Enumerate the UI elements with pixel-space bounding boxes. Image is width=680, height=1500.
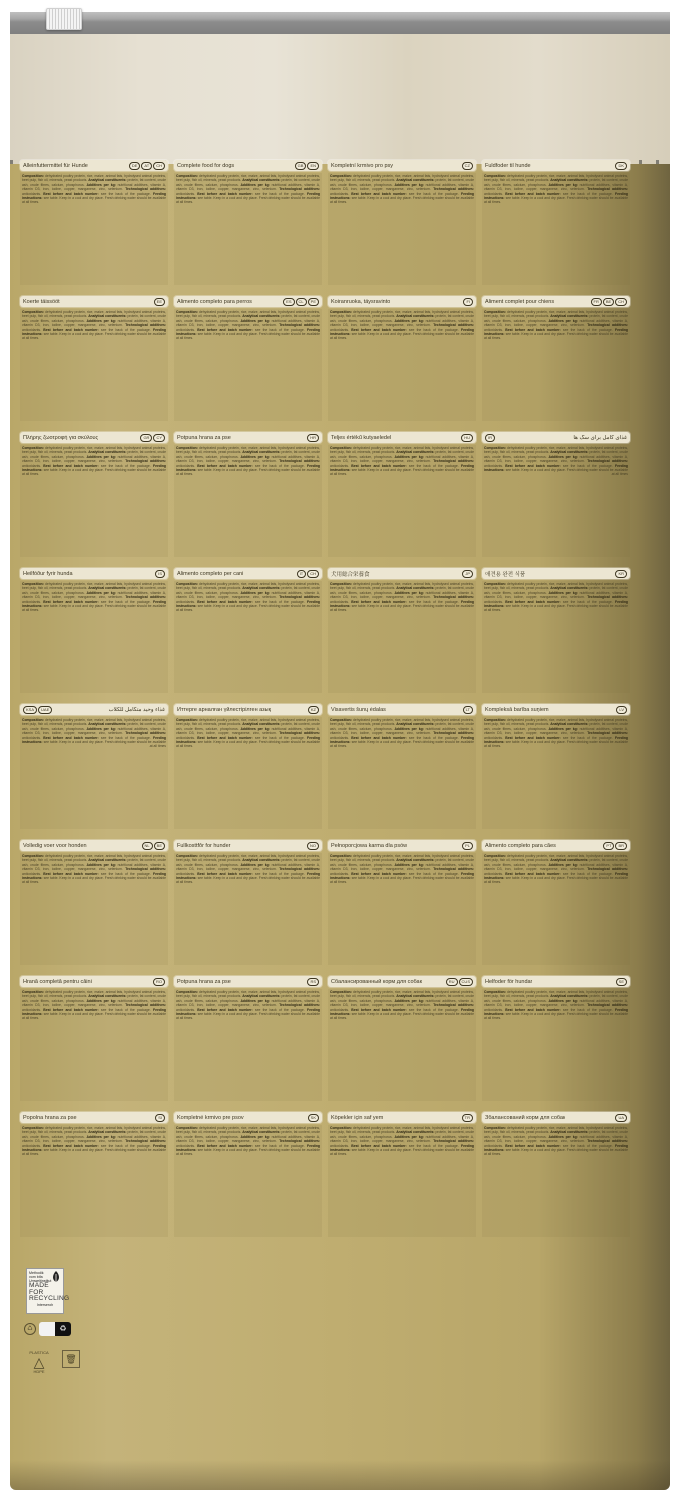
country-code-badge: CH [615, 298, 627, 306]
country-code-badge: LV [616, 706, 627, 714]
panel-header: Alimento completo para perrosESCLPE [174, 296, 322, 307]
country-codes: LV [616, 706, 627, 714]
panel-title: Alleinfuttermittel für Hunde [23, 163, 88, 169]
panel-body-text: Composition: dehydrated poultry protein,… [174, 717, 322, 829]
language-panel: Fullkosttfôr for hunderNOComposition: de… [174, 840, 322, 976]
panel-body-text: Composition: dehydrated poultry protein,… [482, 717, 630, 829]
country-code-badge: SE [616, 978, 627, 986]
country-code-badge: NO [307, 842, 319, 850]
panel-header: Aliment complet pour chiensFRBECH [482, 296, 630, 307]
country-codes: JP [462, 570, 473, 578]
language-panel: Hrană completă pentru câiniROComposition… [20, 976, 168, 1112]
panel-body-text: Composition: dehydrated poultry protein,… [482, 445, 630, 557]
panel-body-text: Composition: dehydrated poultry protein,… [328, 989, 476, 1101]
country-code-badge: CL [296, 298, 307, 306]
language-panel: Visavertis šunų ėdalasLTComposition: deh… [328, 704, 476, 840]
country-code-badge: IS [155, 570, 165, 578]
language-panel: Kompletní krmivo pro psyCZComposition: d… [328, 160, 476, 296]
panel-title: Alimento completo para perros [177, 299, 252, 305]
country-code-badge: UA [615, 1114, 627, 1122]
panel-body-text: Composition: dehydrated poultry protein,… [174, 853, 322, 965]
language-panel: Kompleksā barība suņiemLVComposition: de… [482, 704, 630, 840]
panel-title: Kompleksā barība suņiem [485, 707, 549, 713]
country-code-badge: CZ [462, 162, 473, 170]
recycle-triangle-icon: △ [28, 1355, 50, 1369]
panel-header: 犬用総合栄養食JP [328, 568, 476, 579]
country-code-badge: EE [154, 298, 165, 306]
language-panel: Helfoder för hundarSEComposition: dehydr… [482, 976, 630, 1112]
country-codes: NO [307, 842, 319, 850]
panel-header: Hrană completă pentru câiniRO [20, 976, 168, 987]
panel-title: Kompletní krmivo pro psy [331, 163, 393, 169]
panel-body-text: Composition: dehydrated poultry protein,… [328, 309, 476, 421]
country-codes: SK [308, 1114, 319, 1122]
country-code-badge: HU [461, 434, 473, 442]
country-codes: PTBR [603, 842, 627, 850]
panel-header: Πλήρης ζωοτροφή για σκύλουςGRCY [20, 432, 168, 443]
language-panel: Alimento completo para perrosESCLPECompo… [174, 296, 322, 432]
plastic-symbols: PLASTICA △ HDPE 🗑 [28, 1350, 80, 1374]
country-codes: IR [485, 434, 495, 442]
panel-header: Koiranruoka, täysravintoFI [328, 296, 476, 307]
language-panel: 애견용 완전 식품KRComposition: dehydrated poult… [482, 568, 630, 704]
panel-header: غذاء وحيد متكامل للكلابKSAUAE [20, 704, 168, 715]
panel-header: Сбалансированный корм для собакRUCUS [328, 976, 476, 987]
language-panel: Aliment complet pour chiensFRBECHComposi… [482, 296, 630, 432]
country-codes: PL [462, 842, 473, 850]
country-code-badge: KSA [23, 706, 37, 714]
panel-body-text: Composition: dehydrated poultry protein,… [174, 309, 322, 421]
panel-title: Aliment complet pour chiens [485, 299, 554, 305]
country-code-badge: KZ [308, 706, 319, 714]
panel-title: Fuldfoder til hunde [485, 163, 531, 169]
country-code-badge: BE [603, 298, 614, 306]
panel-body-text: Composition: dehydrated poultry protein,… [20, 173, 168, 285]
language-panel: Teljes értékű kutyaeledelHUComposition: … [328, 432, 476, 568]
country-code-badge: RO [153, 978, 165, 986]
panel-title: Potpuna hrana za pse [177, 435, 231, 441]
country-code-badge: TR [462, 1114, 473, 1122]
language-panel: Fuldfoder til hundeDKComposition: dehydr… [482, 160, 630, 296]
language-panels-grid: Alleinfuttermittel für HundeDEATCHCompos… [20, 160, 640, 1248]
recycle-loop-icon: ♺ [24, 1323, 36, 1335]
country-code-badge: CH [153, 162, 165, 170]
language-panel: Alimento completo per caniITCHCompositio… [174, 568, 322, 704]
country-codes: FI [463, 298, 473, 306]
panel-title: Koerte täissööt [23, 299, 60, 305]
country-code-badge: UAE [38, 706, 52, 714]
country-codes: LT [463, 706, 473, 714]
country-code-badge: AT [141, 162, 152, 170]
country-codes: TR [462, 1114, 473, 1122]
country-codes: SE [616, 978, 627, 986]
language-panel: Heilfóður fyrir hundaISComposition: dehy… [20, 568, 168, 704]
country-codes: CZ [462, 162, 473, 170]
panel-body-text: Composition: dehydrated poultry protein,… [328, 717, 476, 829]
panel-body-text: Composition: dehydrated poultry protein,… [20, 445, 168, 557]
country-code-badge: IT [297, 570, 307, 578]
panel-body-text: Composition: dehydrated poultry protein,… [20, 717, 168, 829]
panel-title: Hrană completă pentru câini [23, 979, 92, 985]
country-code-badge: RU [446, 978, 458, 986]
panel-header: Alimento completo per caniITCH [174, 568, 322, 579]
badge-recycling: RECYCLING [29, 1296, 61, 1303]
panel-header: Helfoder för hundarSE [482, 976, 630, 987]
panel-body-text: Composition: dehydrated poultry protein,… [328, 853, 476, 965]
country-code-badge: GB [295, 162, 307, 170]
language-panel: 犬用総合栄養食JPComposition: dehydrated poultry… [328, 568, 476, 704]
language-panel: Иттерге арналған үйлестірілген азықKZCom… [174, 704, 322, 840]
panel-title: غذای کامل برای سگ ها [573, 435, 627, 441]
panel-title: Popolna hrana za pse [23, 1115, 77, 1121]
language-panel: Збалансований корм для собакUACompositio… [482, 1112, 630, 1248]
panel-header: Fuldfoder til hundeDK [482, 160, 630, 171]
panel-body-text: Composition: dehydrated poultry protein,… [328, 445, 476, 557]
country-code-badge: BE [154, 842, 165, 850]
panel-header: Potpuna hrana za pseHR [174, 432, 322, 443]
country-codes: NLBE [142, 842, 165, 850]
zipper-strip [10, 12, 670, 34]
panel-title: Сбалансированный корм для собак [331, 979, 422, 985]
plastic-type-marker: PLASTICA △ HDPE [28, 1350, 50, 1374]
country-code-badge: PE [308, 298, 319, 306]
badge-issuer: Interseroh [29, 1303, 61, 1307]
separate-waste-icon: ♻ [39, 1322, 71, 1336]
panel-header: Alimento completo para cãesPTBR [482, 840, 630, 851]
panel-title: Иттерге арналған үйлестірілген азық [177, 707, 271, 713]
language-panel: غذای کامل برای سگ هاIRComposition: dehyd… [482, 432, 630, 568]
country-code-badge: PL [462, 842, 473, 850]
panel-header: Visavertis šunų ėdalasLT [328, 704, 476, 715]
panel-body-text: Composition: dehydrated poultry protein,… [174, 581, 322, 693]
panel-title: Pełnoporcjowa karma dla psów [331, 843, 407, 849]
country-code-badge: GR [140, 434, 152, 442]
panel-header: Kompletní krmivo pro psyCZ [328, 160, 476, 171]
panel-title: 애견용 완전 식품 [485, 570, 525, 578]
panel-title: Heilfóður fyrir hunda [23, 571, 73, 577]
language-panel: Köpekler için saf yemTRComposition: dehy… [328, 1112, 476, 1248]
language-panel: Potpuna hrana za pseHRComposition: dehyd… [174, 432, 322, 568]
panel-body-text: Composition: dehydrated poultry protein,… [20, 989, 168, 1101]
country-codes: KR [615, 570, 627, 578]
country-code-badge: JP [462, 570, 473, 578]
language-panel: غذاء وحيد متكامل للكلابKSAUAEComposition… [20, 704, 168, 840]
language-panel: Alimento completo para cãesPTBRCompositi… [482, 840, 630, 976]
panel-header: Kompleksā barība suņiemLV [482, 704, 630, 715]
country-codes: RS [307, 978, 319, 986]
country-codes: ITCH [297, 570, 319, 578]
panel-title: 犬用総合栄養食 [331, 570, 370, 578]
country-code-badge: ES [283, 298, 294, 306]
country-code-badge: FI [463, 298, 473, 306]
panel-title: Potpuna hrana za pse [177, 979, 231, 985]
country-code-badge: DK [615, 162, 627, 170]
panel-header: Kompletné krmivo pre psovSK [174, 1112, 322, 1123]
panel-header: Pełnoporcjowa karma dla psówPL [328, 840, 476, 851]
panel-title: Visavertis šunų ėdalas [331, 707, 386, 713]
country-code-badge: RS [307, 978, 319, 986]
country-codes: HR [307, 434, 319, 442]
language-panel: Koerte täissöötEEComposition: dehydrated… [20, 296, 168, 432]
country-code-badge: LT [463, 706, 473, 714]
country-codes: KZ [308, 706, 319, 714]
panel-header: Köpekler için saf yemTR [328, 1112, 476, 1123]
country-codes: GBEN [295, 162, 319, 170]
country-codes: DEATCH [129, 162, 165, 170]
panel-title: Πλήρης ζωοτροφή για σκύλους [23, 435, 98, 441]
country-codes: FRBECH [591, 298, 627, 306]
language-panel: Volledig voer voor hondenNLBEComposition… [20, 840, 168, 976]
language-panel: Kompletné krmivo pre psovSKComposition: … [174, 1112, 322, 1248]
panel-title: Fullkosttfôr for hunder [177, 843, 231, 849]
country-code-badge: FR [591, 298, 602, 306]
language-panel: Koiranruoka, täysravintoFIComposition: d… [328, 296, 476, 432]
panel-body-text: Composition: dehydrated poultry protein,… [174, 173, 322, 285]
country-codes: GRCY [140, 434, 165, 442]
country-codes: KSAUAE [23, 706, 52, 714]
language-panel: Potpuna hrana za pseRSComposition: dehyd… [174, 976, 322, 1112]
zipper-slider[interactable] [46, 8, 82, 30]
panel-title: غذاء وحيد متكامل للكلاب [109, 707, 166, 713]
country-code-badge: PT [603, 842, 614, 850]
panel-title: Teljes értékű kutyaeledel [331, 435, 391, 441]
country-code-badge: HR [307, 434, 319, 442]
country-code-badge: NL [142, 842, 153, 850]
panel-header: Complete food for dogsGBEN [174, 160, 322, 171]
language-panel: Pełnoporcjowa karma dla psówPLCompositio… [328, 840, 476, 976]
panel-header: Heilfóður fyrir hundaIS [20, 568, 168, 579]
panel-body-text: Composition: dehydrated poultry protein,… [482, 309, 630, 421]
panel-body-text: Composition: dehydrated poultry protein,… [328, 581, 476, 693]
panel-body-text: Composition: dehydrated poultry protein,… [20, 309, 168, 421]
country-code-badge: SK [308, 1114, 319, 1122]
country-codes: DK [615, 162, 627, 170]
country-codes: HU [461, 434, 473, 442]
plastic-type: HDPE [28, 1369, 50, 1374]
country-code-badge: EN [307, 162, 319, 170]
panel-body-text: Composition: dehydrated poultry protein,… [328, 1125, 476, 1237]
panel-body-text: Composition: dehydrated poultry protein,… [482, 989, 630, 1101]
panel-title: Köpekler için saf yem [331, 1115, 383, 1121]
paper-top-section [10, 34, 670, 164]
country-code-badge: IR [485, 434, 495, 442]
panel-title: Complete food for dogs [177, 163, 234, 169]
panel-body-text: Composition: dehydrated poultry protein,… [174, 1125, 322, 1237]
panel-header: 애견용 완전 식품KR [482, 568, 630, 579]
panel-header: Koerte täissöötEE [20, 296, 168, 307]
panel-header: Potpuna hrana za pseRS [174, 976, 322, 987]
panel-header: Збалансований корм для собакUA [482, 1112, 630, 1123]
panel-title: Alimento completo per cani [177, 571, 243, 577]
panel-title: Alimento completo para cães [485, 843, 556, 849]
panel-body-text: Composition: dehydrated poultry protein,… [482, 173, 630, 285]
language-panel: Complete food for dogsGBENComposition: d… [174, 160, 322, 296]
panel-header: غذای کامل برای سگ هاIR [482, 432, 630, 443]
panel-body-text: Composition: dehydrated poultry protein,… [20, 581, 168, 693]
country-code-badge: CH [307, 570, 319, 578]
panel-body-text: Composition: dehydrated poultry protein,… [174, 445, 322, 557]
made-for-recycling-badge: Methodik vom bifa Umweltinstitut MADE FO… [26, 1268, 64, 1314]
country-codes: SI [155, 1114, 165, 1122]
panel-title: Volledig voer voor honden [23, 843, 87, 849]
language-panel: Popolna hrana za pseSIComposition: dehyd… [20, 1112, 168, 1248]
country-codes: IS [155, 570, 165, 578]
panel-body-text: Composition: dehydrated poultry protein,… [482, 1125, 630, 1237]
country-code-badge: KR [615, 570, 627, 578]
country-code-badge: CY [153, 434, 165, 442]
country-codes: RUCUS [446, 978, 473, 986]
panel-title: Kompletné krmivo pre psov [177, 1115, 244, 1121]
panel-header: Иттерге арналған үйлестірілген азықKZ [174, 704, 322, 715]
leaf-icon [51, 1271, 61, 1283]
language-panel: Alleinfuttermittel für HundeDEATCHCompos… [20, 160, 168, 296]
panel-header: Popolna hrana za pseSI [20, 1112, 168, 1123]
country-code-badge: DE [129, 162, 141, 170]
country-code-badge: SI [155, 1114, 165, 1122]
country-codes: ESCLPE [283, 298, 319, 306]
panel-header: Alleinfuttermittel für HundeDEATCH [20, 160, 168, 171]
language-panel: Сбалансированный корм для собакRUCUSComp… [328, 976, 476, 1112]
panel-body-text: Composition: dehydrated poultry protein,… [482, 853, 630, 965]
country-code-badge: CUS [459, 978, 473, 986]
country-codes: RO [153, 978, 165, 986]
country-code-badge: BR [615, 842, 627, 850]
language-panel: Πλήρης ζωοτροφή για σκύλουςGRCYCompositi… [20, 432, 168, 568]
panel-body-text: Composition: dehydrated poultry protein,… [482, 581, 630, 693]
panel-header: Teljes értékű kutyaeledelHU [328, 432, 476, 443]
panel-header: Fullkosttfôr for hunderNO [174, 840, 322, 851]
panel-body-text: Composition: dehydrated poultry protein,… [20, 853, 168, 965]
panel-body-text: Composition: dehydrated poultry protein,… [174, 989, 322, 1101]
panel-body-text: Composition: dehydrated poultry protein,… [20, 1125, 168, 1237]
country-codes: EE [154, 298, 165, 306]
panel-title: Helfoder för hundar [485, 979, 532, 985]
panel-title: Збалансований корм для собак [485, 1115, 565, 1121]
panel-title: Koiranruoka, täysravinto [331, 299, 390, 305]
panel-header: Volledig voer voor hondenNLBE [20, 840, 168, 851]
disposal-symbols: ♺ ♻ [24, 1322, 71, 1336]
panel-body-text: Composition: dehydrated poultry protein,… [328, 173, 476, 285]
country-codes: UA [615, 1114, 627, 1122]
trash-bin-icon: 🗑 [62, 1350, 80, 1368]
